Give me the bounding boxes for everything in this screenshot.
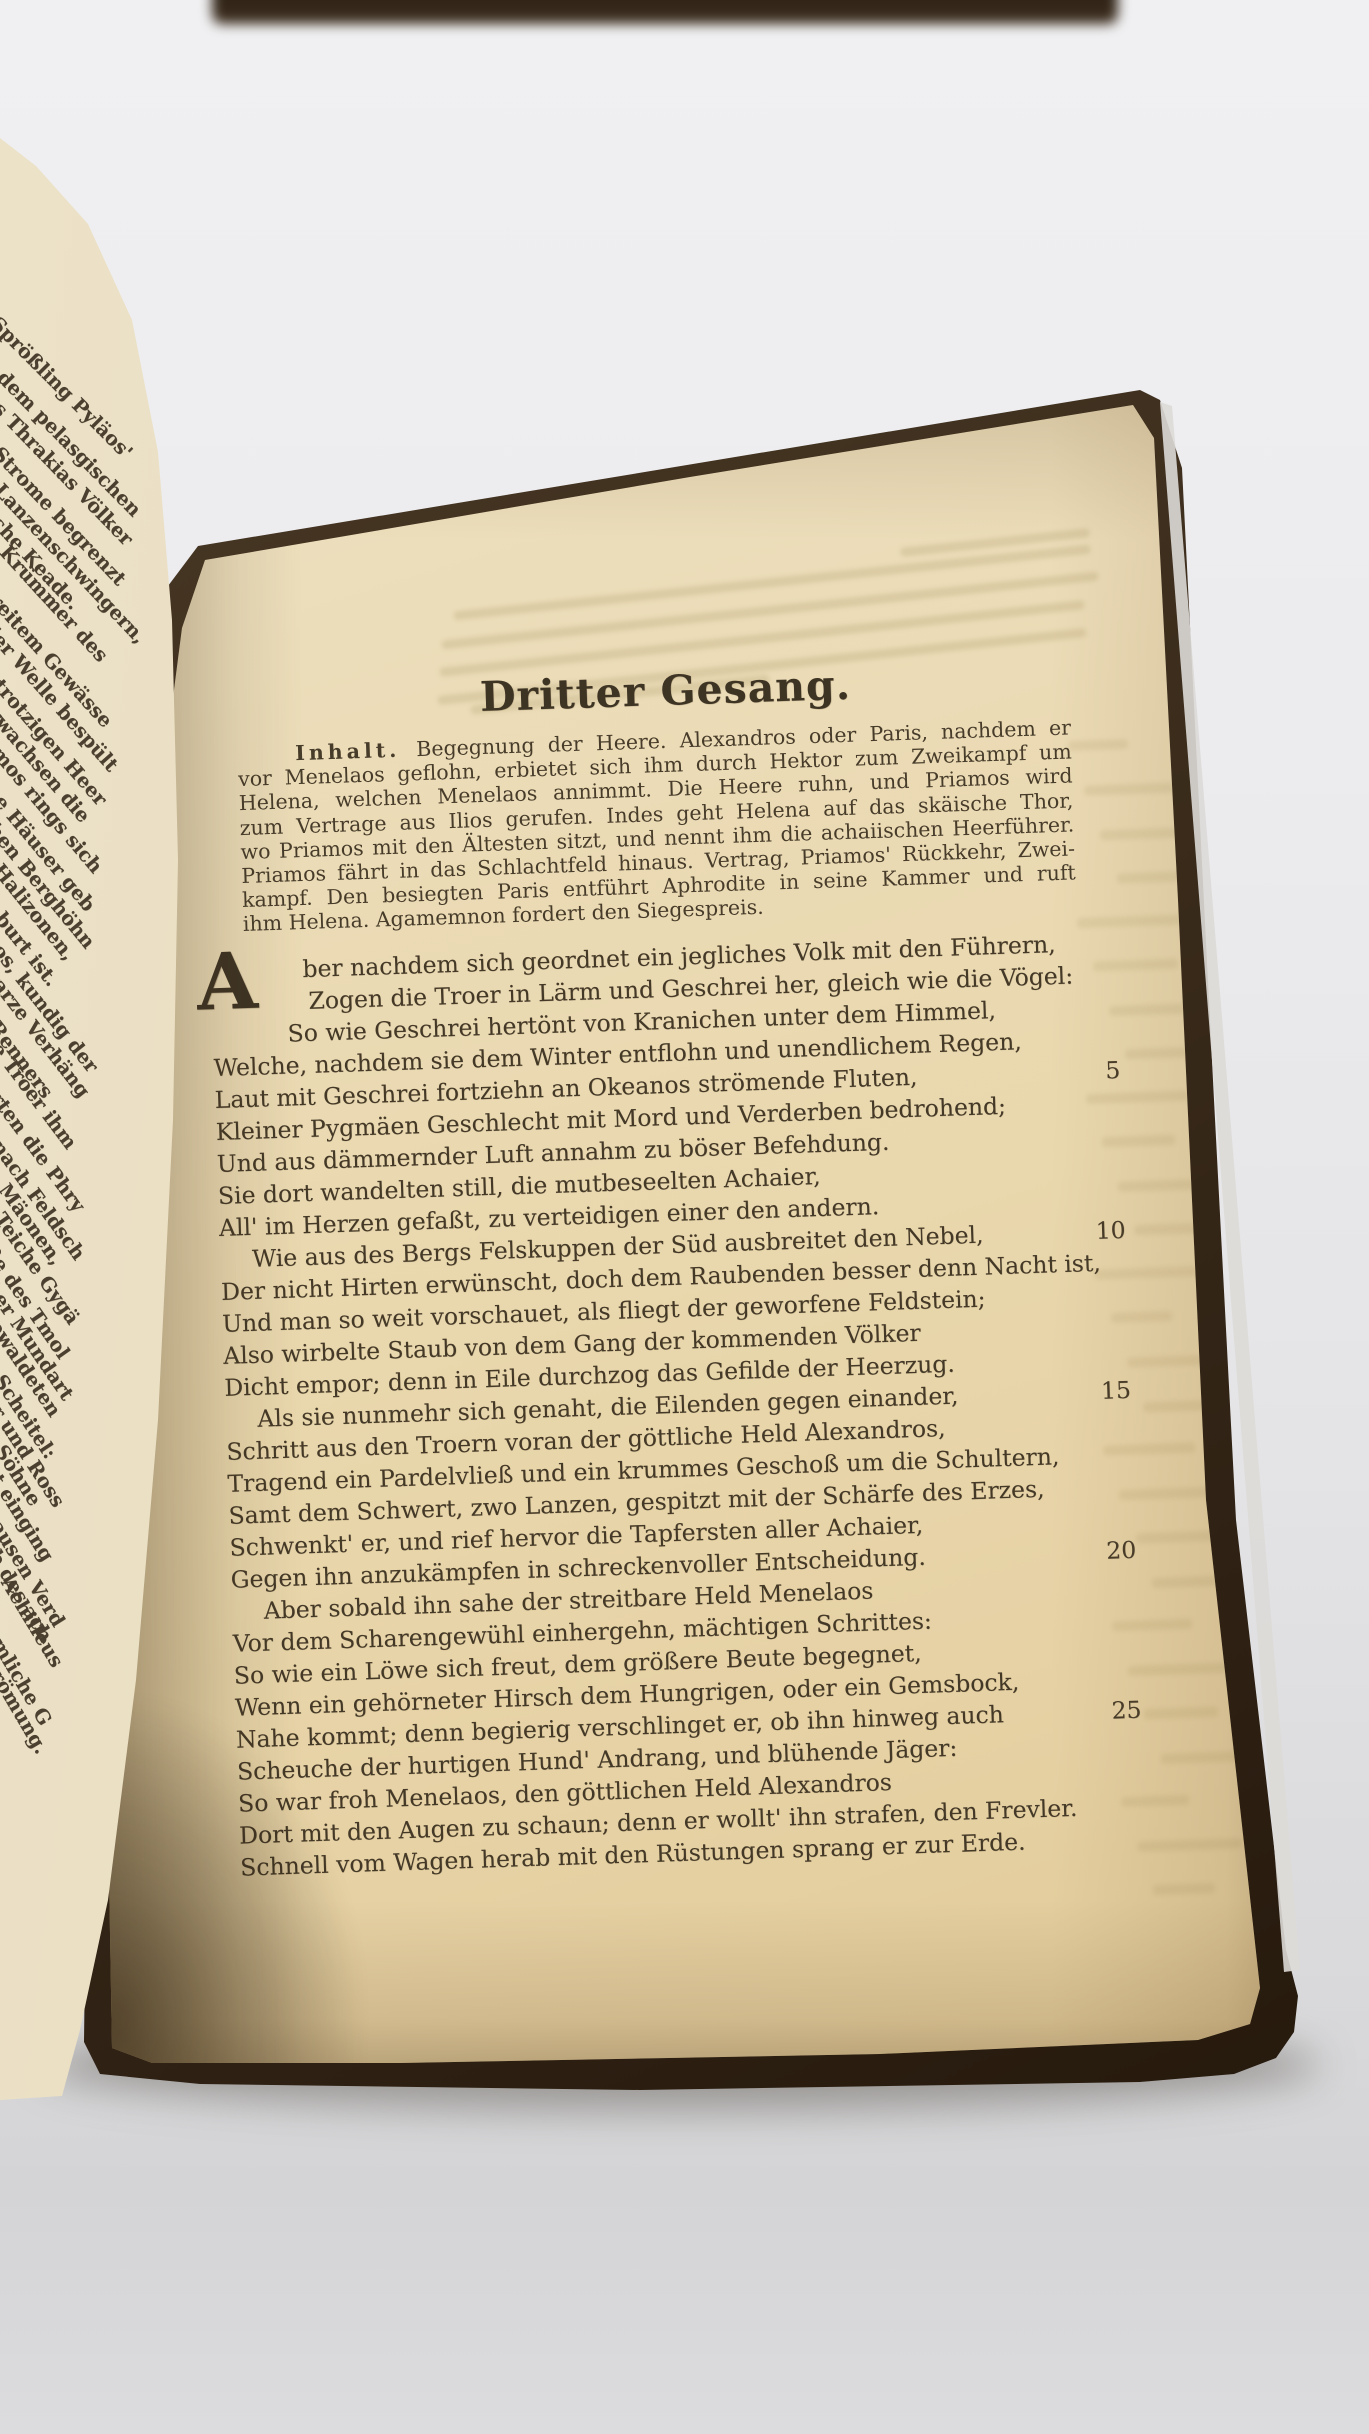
book-photograph: Dritter Gesang. Inhalt.Begegnung der Hee… [0,0,1369,2434]
blurred-book-edge-top [212,0,1118,24]
inhalt-rest-lines: vor Menelaos geflohn, erbietet sich ihm … [238,740,1077,937]
